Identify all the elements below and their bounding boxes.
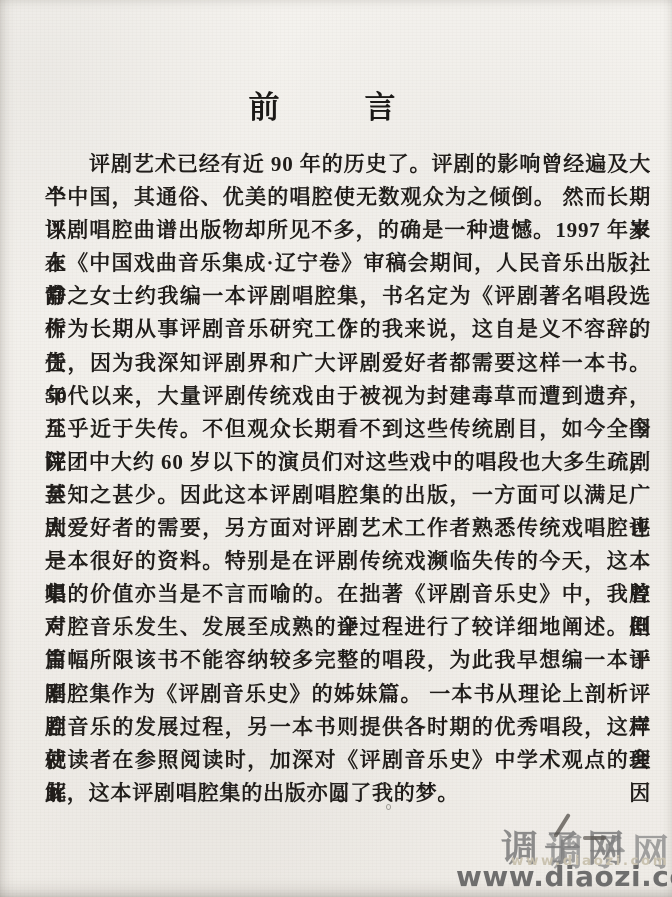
ink-mark-slash xyxy=(553,813,571,838)
text-line: 个中国，其通俗、优美的唱腔使无数观众为之倾倒。 然而长期以来 xyxy=(45,181,651,214)
watermark-site-name: 调子网 xyxy=(501,818,630,872)
text-line: 一本很好的资料。特别是在评剧传统戏濒临失传的今天，这本唱腔 xyxy=(45,545,651,578)
scanned-book-page: 前 言 评剧艺术已经有近 90 年的历史了。评剧的影响曾经遍及大半 个中国，其通… xyxy=(0,0,672,897)
text-line: 评剧艺术已经有近 90 年的历史了。评剧的影响曾经遍及大半 xyxy=(45,148,651,181)
text-line: 唱腔集作为《评剧音乐史》的姊妹篇。 一本书从理论上剖析评剧声 xyxy=(45,678,651,711)
text-line: 篇幅所限该书不能容纳较多完整的唱段，为此我早想编一本评剧 xyxy=(45,644,651,677)
ink-mark-dash xyxy=(583,836,606,840)
watermark-url: www.diaozi.com xyxy=(456,860,672,893)
text-line: 静之女士约我编一本评剧唱腔集，书名定为《评剧著名唱段选析》。 xyxy=(45,280,651,313)
text-line: 任，因为我深知评剧界和广大评剧爱好者都需要这样一本书。50 xyxy=(45,347,651,380)
page-title: 前 言 xyxy=(0,82,658,127)
title-char-left: 前 xyxy=(249,82,280,127)
text-line: 在《中国戏曲音乐集成·辽宁卷》审稿会期间，人民音乐出版社常 xyxy=(45,247,651,280)
watermark-site-name-echo: 调子网 xyxy=(546,822,672,876)
text-line: 院团中大约 60 岁以下的演员们对这些戏中的唱段也大多生疏，甚 xyxy=(45,446,651,479)
preface-paragraph: 评剧艺术已经有近 90 年的历史了。评剧的影响曾经遍及大半 个中国，其通俗、优美… xyxy=(45,148,651,810)
text-line: 年代以来，大量评剧传统戏由于被视为封建毒草而遭到遗弃，至今 xyxy=(45,380,651,413)
text-line: 声腔音乐发生、发展至成熟的全过程进行了较详细地阐述。但由于 xyxy=(45,611,651,644)
text-line: 至知之甚少。因此这本评剧唱腔集的出版，一方面可以满足广大评 xyxy=(45,479,651,512)
text-line: 评剧唱腔曲谱出版物却所见不多，的确是一种遗憾。1997 年岁末， xyxy=(45,214,651,247)
text-line: 几乎近于失传。不但观众长期看不到这些传统剧目，如今全国评剧 xyxy=(45,413,651,446)
text-line: 腔音乐的发展过程，另一本书则提供各时期的优秀唱段，这样就会 xyxy=(45,711,651,744)
watermark-url-small: www.diaozi.com xyxy=(511,853,669,869)
text-line: 剧爱好者的需要，另方面对评剧艺术工作者熟悉传统戏唱腔也是 xyxy=(45,512,651,545)
title-char-right: 言 xyxy=(365,82,396,127)
text-line: 作为长期从事评剧音乐研究工作的我来说，这自是义不容辞的责 xyxy=(45,313,651,346)
text-line: 使读者在参照阅读时，加深对《评剧音乐史》中学术观点的理解。因 xyxy=(45,744,651,777)
scan-speck xyxy=(386,804,391,810)
text-line: 集的价值亦当是不言而喻的。在拙著《评剧音乐史》中，我曾对评剧 xyxy=(45,578,651,611)
